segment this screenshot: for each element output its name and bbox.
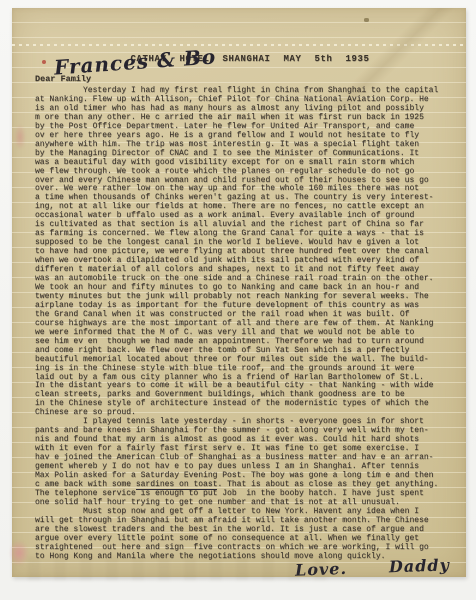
ink-bleedthrough <box>28 556 328 580</box>
letter-paper: CATHAY HOTEL SHANGHAI MAY 5th 1935 Dear … <box>12 8 466 577</box>
paragraph: Must stop now and get off a letter to Ne… <box>35 508 449 562</box>
pink-smudge-stain-top <box>14 124 26 150</box>
perforation-line <box>12 44 466 46</box>
handwritten-recipients: Frances & Bo <box>53 44 217 79</box>
scan-background: CATHAY HOTEL SHANGHAI MAY 5th 1935 Dear … <box>0 0 476 600</box>
handwritten-signature: Daddy <box>389 555 451 576</box>
pink-smudge-stain-bottom <box>9 540 29 566</box>
dark-speck <box>364 18 369 22</box>
paragraph: I played tennis late yesterday - in shor… <box>35 418 449 508</box>
letter-body: Yesterday I had my first real flight in … <box>35 87 449 562</box>
paragraph: Yesterday I had my first real flight in … <box>35 87 449 418</box>
